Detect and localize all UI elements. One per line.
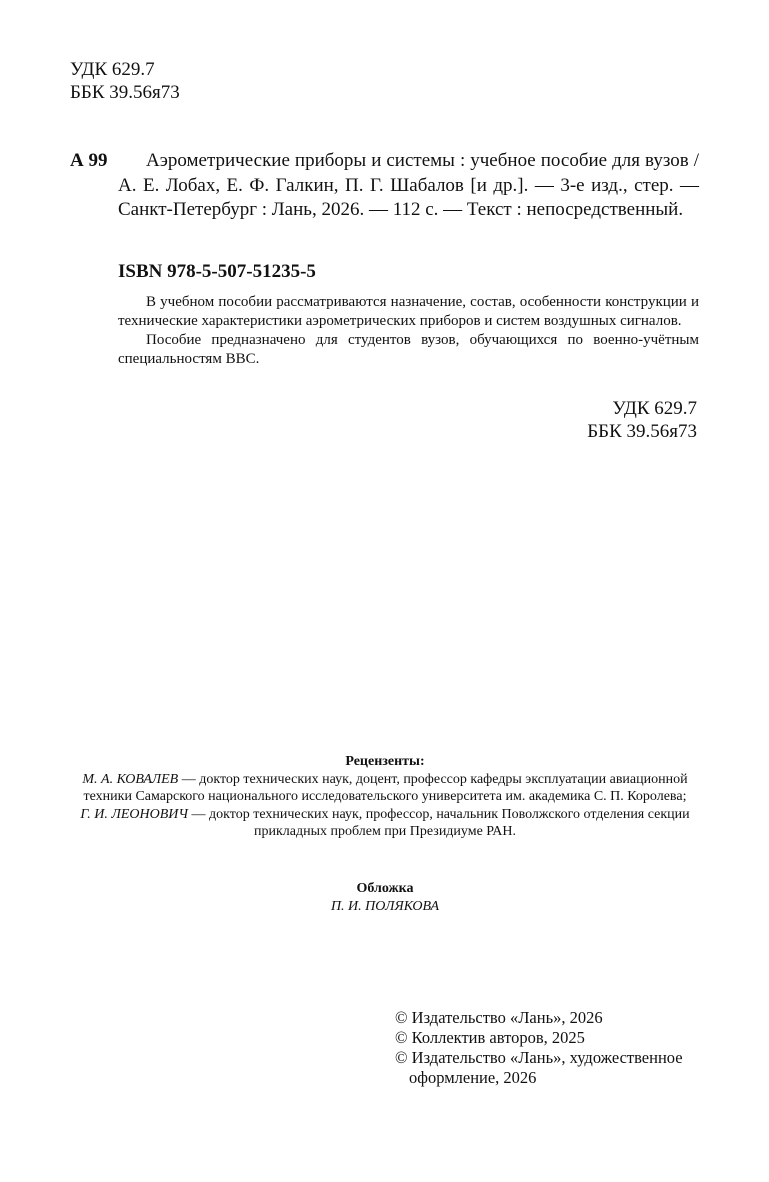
bbk-code: ББК 39.56я73 — [70, 81, 180, 104]
classification-bottom: УДК 629.7 ББК 39.56я73 — [540, 397, 697, 443]
cover-designer: П. И. ПОЛЯКОВА — [70, 898, 700, 916]
cover-credit: Обложка П. И. ПОЛЯКОВА — [70, 880, 700, 915]
copyright-block: © Издательство «Лань», 2026 © Коллектив … — [395, 1008, 709, 1088]
bbk-code: ББК 39.56я73 — [540, 420, 697, 443]
copyright-line: © Издательство «Лань», художественное оф… — [395, 1048, 709, 1088]
reviewers-title: Рецензенты: — [70, 753, 700, 771]
isbn: ISBN 978-5-507-51235-5 — [118, 260, 316, 283]
reviewer: М. А. КОВАЛЕВ — доктор технических наук,… — [70, 771, 700, 806]
reviewers-section: Рецензенты: М. А. КОВАЛЕВ — доктор техни… — [70, 753, 700, 841]
abstract-paragraph: Пособие предназначено для студентов вузо… — [118, 331, 699, 369]
author-mark: А 99 — [70, 149, 107, 172]
bibliographic-entry: Аэрометрические приборы и системы : учеб… — [118, 149, 699, 223]
cover-title: Обложка — [70, 880, 700, 898]
reviewer: Г. И. ЛЕОНОВИЧ — доктор технических наук… — [70, 806, 700, 841]
reviewer-name: М. А. КОВАЛЕВ — [82, 772, 178, 787]
reviewer-description: — доктор технических наук, профессор, на… — [188, 807, 690, 840]
copyright-line: © Коллектив авторов, 2025 — [395, 1028, 709, 1048]
reviewer-name: Г. И. ЛЕОНОВИЧ — [80, 807, 188, 822]
abstract: В учебном пособии рассматриваются назнач… — [118, 293, 699, 369]
abstract-paragraph: В учебном пособии рассматриваются назнач… — [118, 293, 699, 331]
copyright-line: © Издательство «Лань», 2026 — [395, 1008, 709, 1028]
udk-code: УДК 629.7 — [540, 397, 697, 420]
classification-top: УДК 629.7 ББК 39.56я73 — [70, 58, 180, 104]
udk-code: УДК 629.7 — [70, 58, 180, 81]
